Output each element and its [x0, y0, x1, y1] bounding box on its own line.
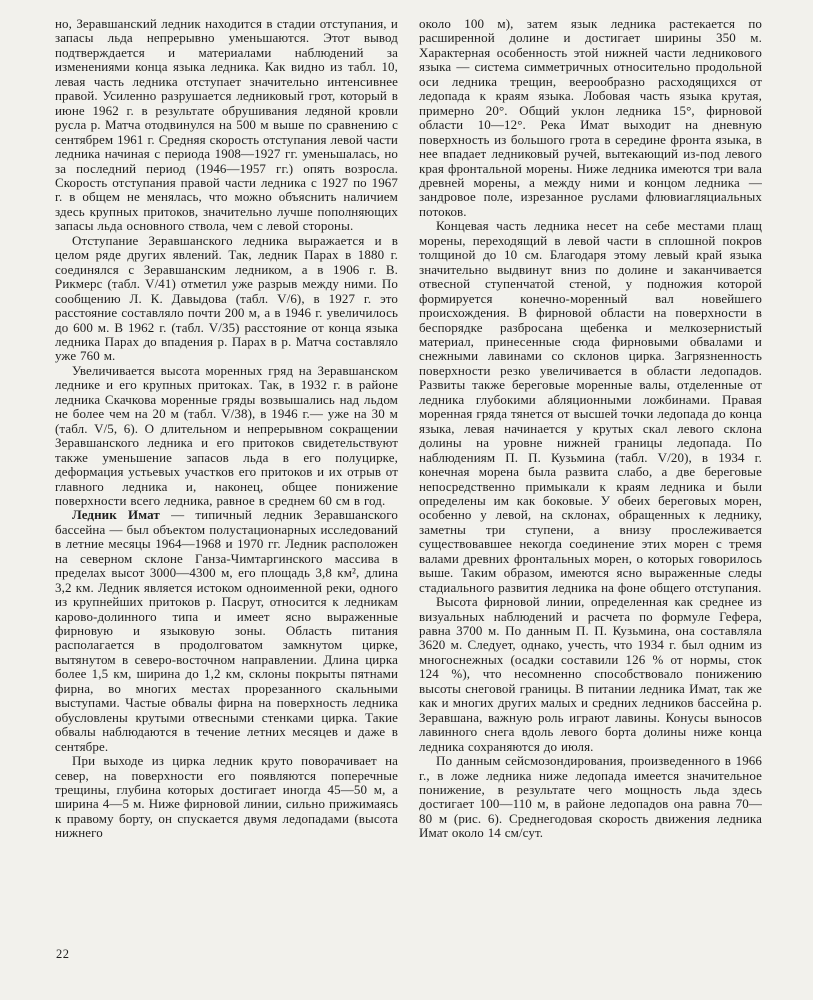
- paragraph-firn-line-height: Высота фирновой линии, определенная как …: [419, 595, 762, 754]
- text-columns: но, Зеравшанский ледник находится в стад…: [55, 17, 763, 841]
- paragraph-parakh-glacier: Отступание Зеравшанского ледника выражае…: [55, 234, 398, 364]
- paragraph-tongue-description-continuation: около 100 м), затем язык ледника растека…: [419, 17, 762, 219]
- imat-glacier-body-text: — типичный ледник Зеравшанского бассейна…: [55, 507, 398, 753]
- page-number: 22: [56, 947, 70, 962]
- left-column: но, Зеравшанский ледник находится в стад…: [55, 17, 398, 841]
- paragraph-terminal-moraine: Концевая часть ледника несет на себе мес…: [419, 219, 762, 595]
- paragraph-seismic-sounding: По данным сейсмозондирования, произведен…: [419, 754, 762, 841]
- paragraph-moraine-ridges: Увеличивается высота моренных гряд на Зе…: [55, 364, 398, 509]
- paragraph-glacier-retreat-continuation: но, Зеравшанский ледник находится в стад…: [55, 17, 398, 234]
- right-column: около 100 м), затем язык ледника растека…: [419, 17, 762, 841]
- paragraph-imat-glacier: Ледник Имат — типичный ледник Зеравшанск…: [55, 508, 398, 754]
- book-page: но, Зеравшанский ледник находится в стад…: [0, 0, 813, 1000]
- paragraph-cirque-exit: При выходе из цирка ледник круто поворач…: [55, 754, 398, 841]
- imat-glacier-bold-lead: Ледник Имат: [72, 507, 160, 522]
